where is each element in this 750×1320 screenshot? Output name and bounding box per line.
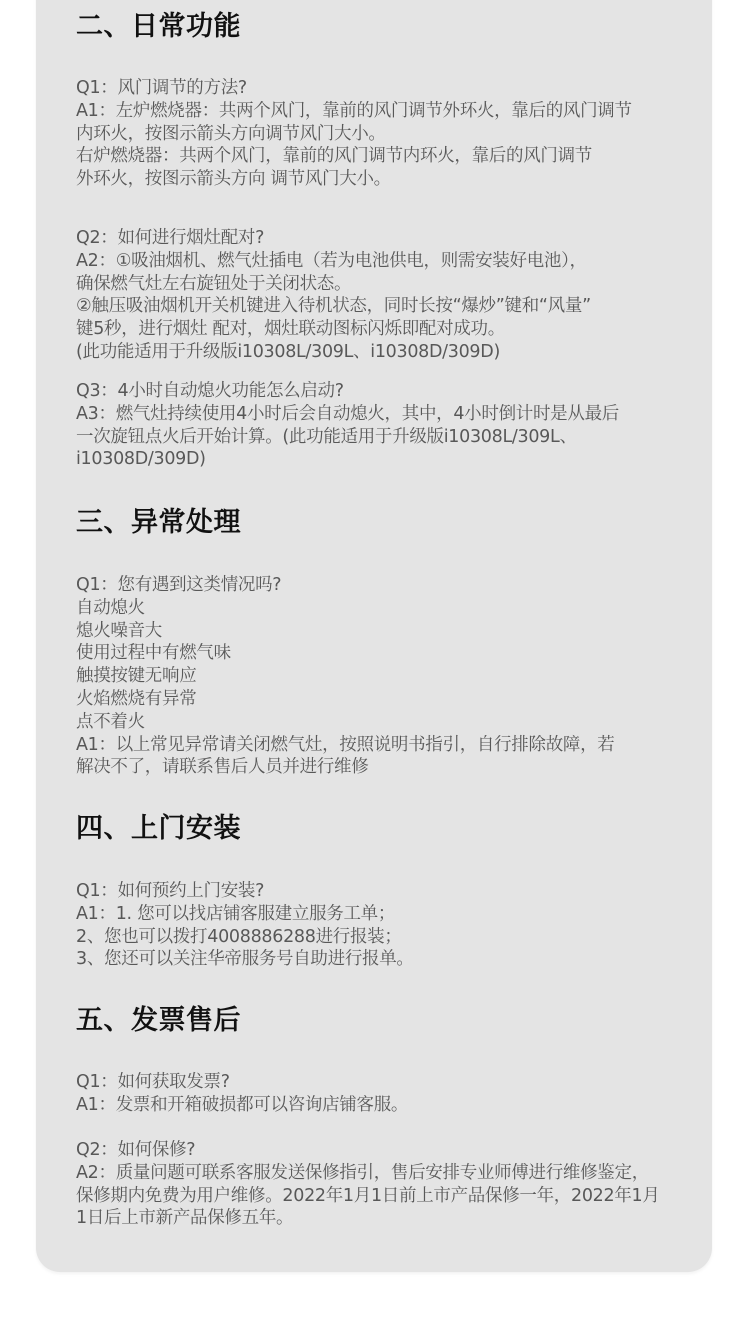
answer-line: 键5秒，进行烟灶 配对，烟灶联动图标闪烁即配对成功。 xyxy=(76,318,696,341)
question-line: Q1：您有遇到这类情况吗? xyxy=(76,574,696,597)
answer-line: 内环火，按图示箭头方向调节风门大小。 xyxy=(76,123,696,146)
qa-block-pairing: Q2：如何进行烟灶配对? A2：①吸油烟机、燃气灶插电（若为电池供电，则需安装好… xyxy=(76,227,696,364)
qa-block-warranty: Q2：如何保修? A2：质量问题可联系客服发送保修指引，售后安排专业师傅进行维修… xyxy=(76,1139,696,1230)
answer-line: A2：质量问题可联系客服发送保修指引，售后安排专业师傅进行维修鉴定， xyxy=(76,1162,696,1185)
section-title-installation: 四、上门安装 xyxy=(76,812,241,846)
answer-line: 3、您还可以关注华帝服务号自助进行报单。 xyxy=(76,948,696,971)
symptom-item: 火焰燃烧有异常 xyxy=(76,688,696,711)
symptom-item: 自动熄火 xyxy=(76,597,696,620)
answer-line: A1：以上常见异常请关闭燃气灶，按照说明书指引，自行排除故障，若 xyxy=(76,734,696,757)
answer-line: 保修期内免费为用户维修。2022年1月1日前上市产品保修一年，2022年1月 xyxy=(76,1185,696,1208)
question-line: Q1：风门调节的方法? xyxy=(76,77,696,100)
answer-line: A2：①吸油烟机、燃气灶插电（若为电池供电，则需安装好电池）， xyxy=(76,250,696,273)
question-line: Q1：如何获取发票? xyxy=(76,1071,696,1094)
symptom-item: 使用过程中有燃气味 xyxy=(76,642,696,665)
answer-line: ②触压吸油烟机开关机键进入待机状态，同时长按“爆炒”键和“风量” xyxy=(76,295,696,318)
symptom-item: 点不着火 xyxy=(76,711,696,734)
answer-line: 右炉燃烧器：共两个风门，靠前的风门调节内环火，靠后的风门调节 xyxy=(76,145,696,168)
answer-line: 2、您也可以拨打4008886288进行报装； xyxy=(76,926,696,949)
qa-block-abnormal-cases: Q1：您有遇到这类情况吗? 自动熄火 熄火噪音大 使用过程中有燃气味 触摸按键无… xyxy=(76,574,696,779)
answer-note: (此功能适用于升级版i10308L/309L、i10308D/309D) xyxy=(76,341,696,364)
question-line: Q3：4小时自动熄火功能怎么启动? xyxy=(76,380,696,403)
answer-line: A1：左炉燃烧器：共两个风门，靠前的风门调节外环火，靠后的风门调节 xyxy=(76,100,696,123)
symptom-item: 触摸按键无响应 xyxy=(76,665,696,688)
qa-block-invoice: Q1：如何获取发票? A1：发票和开箱破损都可以咨询店铺客服。 xyxy=(76,1071,696,1117)
answer-line: 解决不了，请联系售后人员并进行维修 xyxy=(76,756,696,779)
qa-block-air-door: Q1：风门调节的方法? A1：左炉燃烧器：共两个风门，靠前的风门调节外环火，靠后… xyxy=(76,77,696,191)
answer-line: i10308D/309D) xyxy=(76,448,696,471)
answer-line: A1：发票和开箱破损都可以咨询店铺客服。 xyxy=(76,1094,696,1117)
question-line: Q2：如何进行烟灶配对? xyxy=(76,227,696,250)
qa-block-auto-shutoff: Q3：4小时自动熄火功能怎么启动? A3：燃气灶持续使用4小时后会自动熄火，其中… xyxy=(76,380,696,471)
answer-line: A3：燃气灶持续使用4小时后会自动熄火，其中，4小时倒计时是从最后 xyxy=(76,403,696,426)
section-title-troubleshooting: 三、异常处理 xyxy=(76,506,241,540)
section-title-daily-functions: 二、日常功能 xyxy=(76,10,241,44)
answer-line: A1：1. 您可以找店铺客服建立服务工单； xyxy=(76,903,696,926)
symptom-item: 熄火噪音大 xyxy=(76,620,696,643)
section-title-invoice-after-sales: 五、发票售后 xyxy=(76,1004,241,1038)
answer-line: 确保燃气灶左右旋钮处于关闭状态。 xyxy=(76,273,696,296)
answer-line: 1日后上市新产品保修五年。 xyxy=(76,1207,696,1230)
answer-line: 一次旋钮点火后开始计算。(此功能适用于升级版i10308L/309L、 xyxy=(76,426,696,449)
answer-line: 外环火，按图示箭头方向 调节风门大小。 xyxy=(76,168,696,191)
question-line: Q2：如何保修? xyxy=(76,1139,696,1162)
question-line: Q1：如何预约上门安装? xyxy=(76,880,696,903)
qa-block-book-installation: Q1：如何预约上门安装? A1：1. 您可以找店铺客服建立服务工单； 2、您也可… xyxy=(76,880,696,971)
